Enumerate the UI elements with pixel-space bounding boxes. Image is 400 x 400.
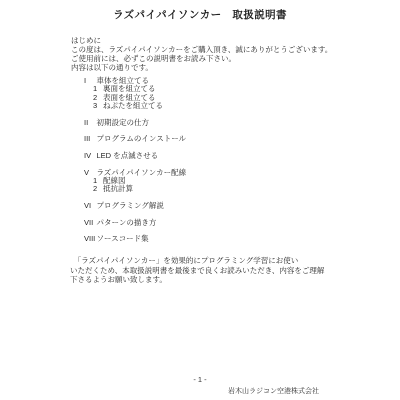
toc-section-assembly: I車体を組立てる 1裏面を組立てる 2表面を組立てる 3ねぷたを組立てる — [71, 77, 186, 111]
toc-section-label: LED を点滅させる — [97, 151, 159, 160]
intro-heading: はじめに — [71, 36, 332, 45]
toc-section-label: プログラミング解説 — [97, 201, 164, 210]
toc-section-pattern-drawing: VIIパターンの描き方 — [71, 219, 186, 227]
closing-line: 下さるようお願い致します。 — [70, 275, 324, 285]
table-of-contents: I車体を組立てる 1裏面を組立てる 2表面を組立てる 3ねぷたを組立てる II初… — [71, 77, 186, 244]
toc-subitem-number: 3 — [93, 102, 103, 110]
toc-section-numeral: VI — [84, 202, 97, 210]
toc-section-numeral: VIII — [84, 235, 97, 243]
toc-section-row: IVLED を点滅させる — [71, 152, 186, 160]
toc-section-label: 初期設定の仕方 — [97, 118, 150, 127]
toc-section-label: パターンの描き方 — [97, 218, 157, 227]
toc-section-row: II初期設定の仕方 — [71, 119, 186, 127]
intro-line: ご使用前には、必ずこの説明書をお読み下さい。 — [71, 54, 332, 63]
toc-section-numeral: II — [84, 119, 97, 127]
intro-line: この度は、ラズパイパイソンカーをご購入頂き、誠にありがとうございます。 — [71, 45, 332, 54]
toc-section-label: ソースコード集 — [97, 234, 149, 243]
company-name: 岩木山ラジコン空港株式会社 — [228, 386, 319, 396]
toc-subitem: 2抵抗計算 — [93, 185, 186, 193]
toc-section-numeral: IV — [84, 152, 97, 160]
toc-subitem-label: ねぷたを組立てる — [103, 101, 163, 110]
toc-section-program-install: IIIプログラムのインストール — [71, 135, 186, 143]
toc-section-numeral: III — [84, 135, 97, 143]
page-title: ラズパイパイソンカー 取扱説明書 — [0, 7, 400, 22]
toc-section-row: IIIプログラムのインストール — [71, 135, 186, 143]
manual-page: ラズパイパイソンカー 取扱説明書 はじめに この度は、ラズパイパイソンカーをご購… — [0, 0, 400, 400]
toc-section-wiring: Vラズパイパイソンカー配線 1配線図 2抵抗計算 — [71, 169, 186, 194]
toc-section-source-code: VIIIソースコード集 — [71, 235, 186, 243]
toc-section-row: Vラズパイパイソンカー配線 — [71, 169, 186, 177]
toc-subitem-number: 2 — [93, 185, 103, 193]
toc-subitem: 3ねぷたを組立てる — [93, 102, 186, 110]
closing-paragraph: 「ラズパイパイソンカー」を効果的にプログラミング学習にお使い いただくため、本取… — [70, 256, 324, 285]
intro-section: はじめに この度は、ラズパイパイソンカーをご購入頂き、誠にありがとうございます。… — [71, 36, 332, 72]
toc-section-led-blink: IVLED を点滅させる — [71, 152, 186, 160]
toc-section-row: VIプログラミング解説 — [71, 202, 186, 210]
toc-section-numeral: VII — [84, 219, 97, 227]
toc-section-row: VIIパターンの描き方 — [71, 219, 186, 227]
intro-line: 内容は以下の通りです。 — [71, 63, 332, 72]
toc-section-programming-guide: VIプログラミング解説 — [71, 202, 186, 210]
toc-section-label: プログラムのインストール — [97, 134, 187, 143]
toc-subitem-label: 抵抗計算 — [103, 184, 133, 193]
toc-section-row: VIIIソースコード集 — [71, 235, 186, 243]
page-number: - 1 - — [0, 375, 400, 384]
closing-line: いただくため、本取扱説明書を最後まで良くお読みいただき、内容をご理解 — [70, 266, 324, 276]
closing-line: 「ラズパイパイソンカー」を効果的にプログラミング学習にお使い — [70, 256, 324, 266]
toc-section-initial-setup: II初期設定の仕方 — [71, 119, 186, 127]
